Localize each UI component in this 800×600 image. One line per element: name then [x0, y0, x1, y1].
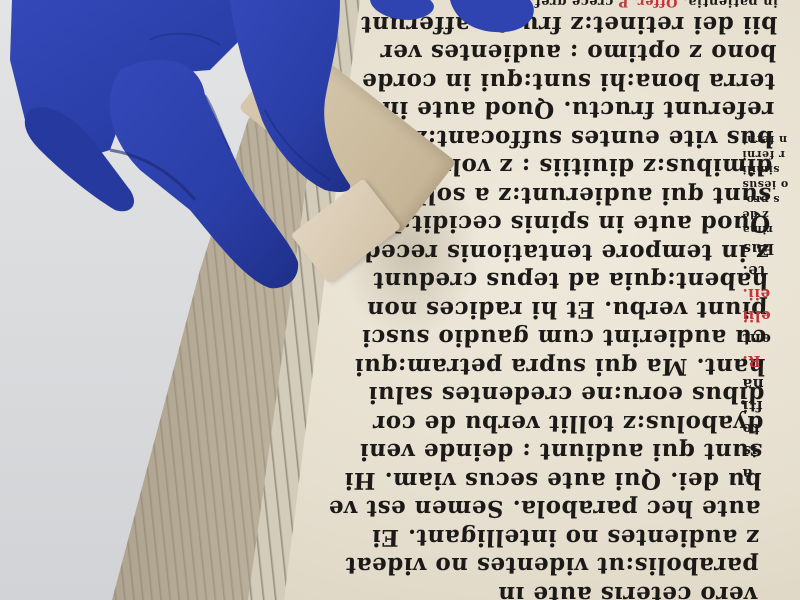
- gloved-hand: [0, 0, 800, 600]
- photo-scene: vero ceteris aute in parabolis:ut vident…: [0, 0, 800, 600]
- blue-glove-icon: [0, 0, 800, 600]
